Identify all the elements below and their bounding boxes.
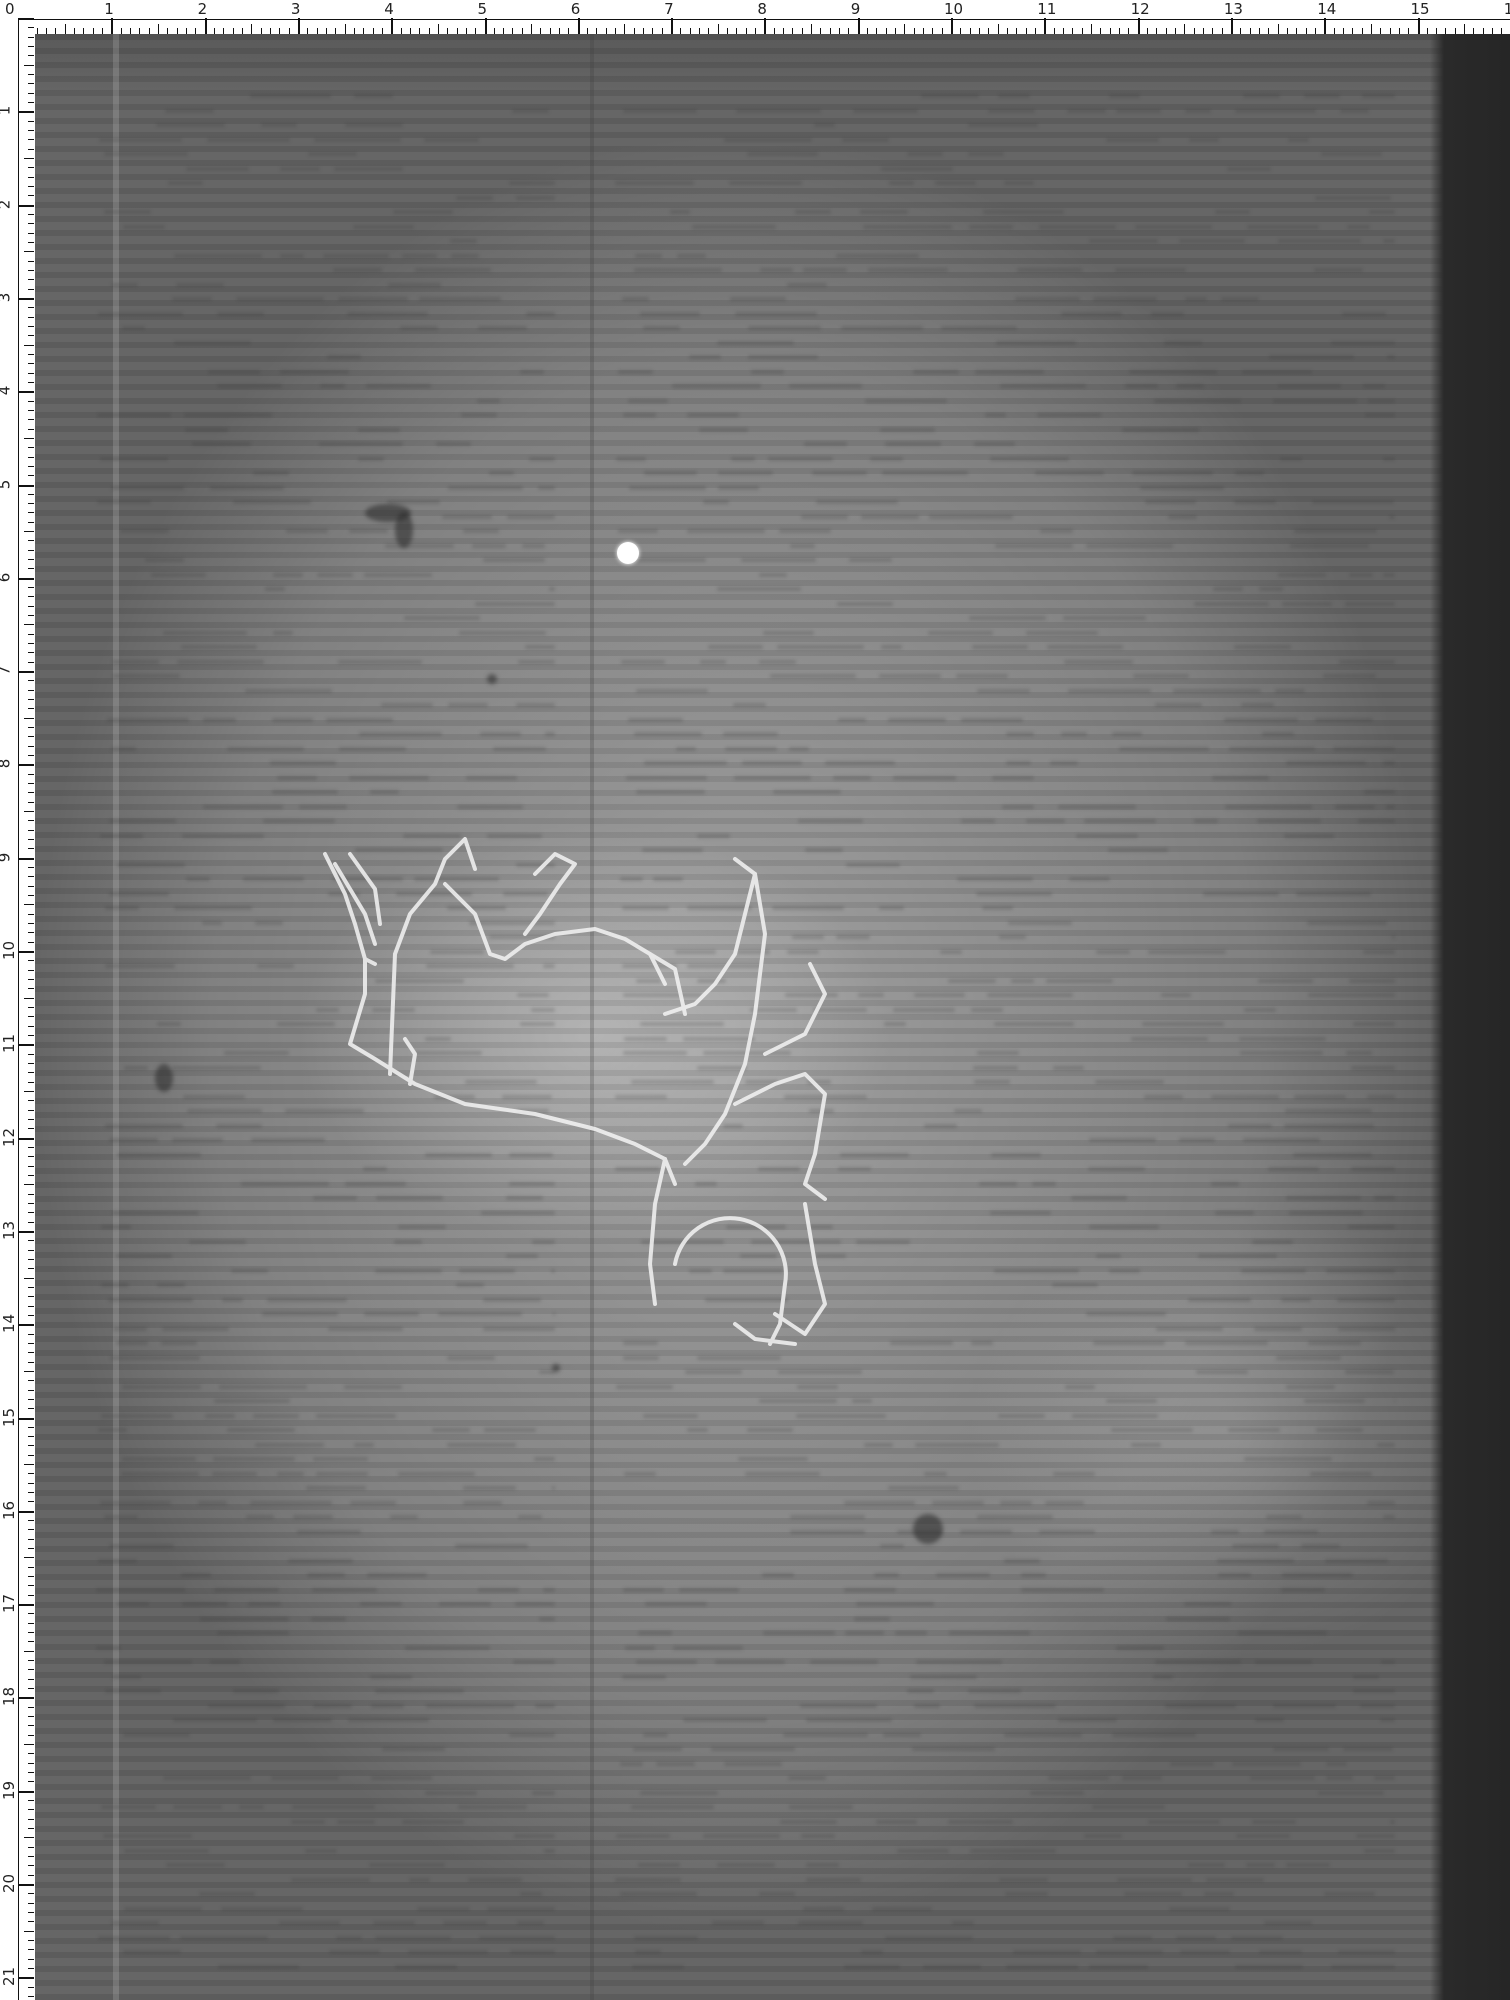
ruler-tick <box>28 1427 34 1428</box>
ruler-tick <box>28 335 34 336</box>
ruler-tick <box>28 820 34 821</box>
ruler-tick <box>24 998 34 999</box>
ruler-tick <box>28 634 34 635</box>
ruler-tick <box>1044 18 1046 34</box>
ruler-tick <box>1324 18 1326 34</box>
ruler-tick <box>28 503 34 504</box>
ruler-tick <box>28 457 34 458</box>
ruler-tick <box>28 1194 34 1195</box>
ruler-tick <box>28 1912 34 1913</box>
ruler-tick <box>998 24 999 34</box>
ruler-tick <box>28 1222 34 1223</box>
ruler-tick <box>28 1959 34 1960</box>
ruler-tick <box>24 531 34 532</box>
ruler-tick <box>28 27 34 28</box>
ruler-tick <box>1231 18 1233 34</box>
ruler-tick <box>28 867 34 868</box>
ruler-tick <box>28 1679 34 1680</box>
ruler-tick <box>28 1026 34 1027</box>
ruler-tick <box>28 1548 34 1549</box>
faint-white-line-drawing <box>35 34 1510 2000</box>
ruler-tick <box>28 690 34 691</box>
ruler-tick <box>28 83 34 84</box>
ruler-tick <box>1371 24 1372 34</box>
ruler-tick <box>904 24 905 34</box>
ruler-tick <box>28 876 34 877</box>
manuscript-scan <box>35 34 1510 2000</box>
vertical-ruler: 123456789101112131415161718192021 <box>0 18 34 2000</box>
ruler-tick <box>28 1315 34 1316</box>
ruler-tick <box>28 1949 34 1950</box>
ruler-tick <box>28 317 34 318</box>
ruler-label: 13 <box>1224 2 1243 17</box>
ruler-tick <box>28 74 34 75</box>
ruler-tick <box>28 1352 34 1353</box>
ruler-tick <box>24 1651 34 1652</box>
ruler-tick <box>18 485 34 487</box>
ruler-tick <box>28 886 34 887</box>
ruler-tick <box>28 1669 34 1670</box>
ruler-tick <box>18 1138 34 1140</box>
ruler-tick <box>28 1408 34 1409</box>
ruler-tick <box>28 1632 34 1633</box>
ruler-tick <box>28 662 34 663</box>
ruler-tick <box>28 1688 34 1689</box>
ruler-label: 4 <box>0 386 12 396</box>
ruler-tick <box>28 1940 34 1941</box>
ruler-tick <box>28 1595 34 1596</box>
ruler-tick <box>951 18 953 34</box>
ruler-tick <box>28 1082 34 1083</box>
ruler-tick <box>28 1166 34 1167</box>
ruler-tick <box>28 1567 34 1568</box>
ruler-tick <box>671 18 673 34</box>
ruler-tick <box>1138 18 1140 34</box>
ruler-label: 8 <box>0 759 12 769</box>
ruler-tick <box>65 24 66 34</box>
ruler-tick <box>18 951 34 953</box>
ruler-tick <box>28 1725 34 1726</box>
ruler-label: 14 <box>1317 2 1336 17</box>
ruler-tick <box>18 111 34 113</box>
ruler-tick <box>24 1744 34 1745</box>
ruler-tick <box>28 914 34 915</box>
ruler-tick <box>24 65 34 66</box>
ruler-tick <box>18 18 34 20</box>
ruler-baseline <box>18 18 19 2000</box>
ruler-tick <box>28 1455 34 1456</box>
ruler-label: 7 <box>0 666 12 676</box>
ruler-tick <box>28 195 34 196</box>
ruler-tick <box>28 401 34 402</box>
ruler-tick <box>28 1623 34 1624</box>
ruler-tick <box>18 391 34 393</box>
ruler-tick <box>24 718 34 719</box>
ruler-tick <box>28 37 34 38</box>
ruler-tick <box>24 1931 34 1932</box>
ruler-label: 16 <box>2 1501 17 1520</box>
ruler-tick <box>28 373 34 374</box>
ruler-tick <box>28 587 34 588</box>
ruler-tick <box>28 93 34 94</box>
ruler-label: 20 <box>2 1874 17 1893</box>
ruler-tick <box>28 1128 34 1129</box>
ruler-tick <box>28 1035 34 1036</box>
ruler-tick <box>28 1735 34 1736</box>
ruler-tick <box>28 559 34 560</box>
ruler-tick <box>28 1501 34 1502</box>
ruler-tick <box>28 1240 34 1241</box>
ruler-tick <box>1418 18 1420 34</box>
ruler-tick <box>28 988 34 989</box>
ruler-tick <box>28 382 34 383</box>
ruler-tick <box>18 1884 34 1886</box>
dark-scan-border <box>1430 34 1510 2000</box>
ruler-tick <box>28 1856 34 1857</box>
ruler-tick <box>28 1007 34 1008</box>
ruler-tick <box>1091 24 1092 34</box>
ruler-tick <box>28 1520 34 1521</box>
ruler-tick <box>24 251 34 252</box>
ruler-tick <box>28 1399 34 1400</box>
ruler-tick <box>28 680 34 681</box>
ruler-tick <box>28 46 34 47</box>
ruler-tick <box>24 1091 34 1092</box>
ruler-tick <box>24 158 34 159</box>
ruler-tick <box>28 1483 34 1484</box>
ruler-tick <box>28 699 34 700</box>
ruler-tick <box>28 1847 34 1848</box>
ruler-tick <box>28 279 34 280</box>
ruler-tick <box>28 1016 34 1017</box>
ruler-tick <box>28 1772 34 1773</box>
ruler-tick <box>28 475 34 476</box>
ruler-tick <box>28 289 34 290</box>
ruler-tick <box>28 606 34 607</box>
ruler-tick <box>24 1464 34 1465</box>
ruler-tick <box>28 774 34 775</box>
ruler-tick <box>28 596 34 597</box>
ruler-tick <box>28 1156 34 1157</box>
ruler-tick <box>28 466 34 467</box>
ruler-tick <box>28 186 34 187</box>
ruler-label: 1 <box>104 2 114 17</box>
ruler-tick <box>438 24 439 34</box>
ruler-tick <box>18 578 34 580</box>
ruler-tick <box>28 550 34 551</box>
ruler-tick <box>28 1147 34 1148</box>
ruler-tick <box>28 1585 34 1586</box>
ruler-tick <box>28 1380 34 1381</box>
ruler-tick <box>24 345 34 346</box>
ruler-tick <box>28 848 34 849</box>
ruler-tick <box>28 419 34 420</box>
ruler-tick <box>28 177 34 178</box>
ruler-tick <box>28 307 34 308</box>
ruler-tick <box>28 270 34 271</box>
ruler-tick <box>18 1418 34 1420</box>
ruler-tick <box>158 24 159 34</box>
ruler-tick <box>391 18 393 34</box>
ruler-label: 1 <box>0 106 12 116</box>
ruler-label: 15 <box>1411 2 1430 17</box>
ruler-tick <box>28 643 34 644</box>
ruler-tick <box>18 1604 34 1606</box>
ruler-tick <box>28 410 34 411</box>
ruler-tick <box>28 102 34 103</box>
ruler-tick <box>24 1184 34 1185</box>
ruler-tick <box>28 895 34 896</box>
ruler-label: 2 <box>198 2 208 17</box>
ruler-tick <box>28 1343 34 1344</box>
ruler-label: 12 <box>2 1128 17 1147</box>
ruler-label: 2 <box>0 199 12 209</box>
ruler-label: 0 <box>5 2 15 17</box>
ruler-tick <box>28 130 34 131</box>
ruler-label: 5 <box>478 2 488 17</box>
ruler-tick <box>18 1231 34 1233</box>
ruler-tick <box>28 139 34 140</box>
ruler-label: 8 <box>757 2 767 17</box>
ruler-tick <box>28 1865 34 1866</box>
ruler-tick <box>28 1996 34 1997</box>
ruler-label: 9 <box>851 2 861 17</box>
ruler-tick <box>28 960 34 961</box>
ruler-tick <box>298 18 300 34</box>
ruler-label: 6 <box>571 2 581 17</box>
ruler-tick <box>28 214 34 215</box>
ruler-tick <box>28 708 34 709</box>
ruler-tick <box>28 494 34 495</box>
ruler-label: 15 <box>2 1407 17 1426</box>
ruler-tick <box>28 1875 34 1876</box>
ruler-tick <box>28 1362 34 1363</box>
ruler-tick <box>28 1539 34 1540</box>
ruler-tick <box>28 447 34 448</box>
ruler-tick <box>28 522 34 523</box>
ruler-tick <box>18 1044 34 1046</box>
ruler-tick <box>24 904 34 905</box>
ruler-label: 4 <box>384 2 394 17</box>
ruler-label: 3 <box>291 2 301 17</box>
ruler-tick <box>28 652 34 653</box>
ruler-baseline <box>18 19 1510 20</box>
ruler-tick <box>28 363 34 364</box>
ruler-tick <box>28 1716 34 1717</box>
ruler-tick <box>28 783 34 784</box>
ruler-label: 6 <box>0 573 12 583</box>
ruler-tick <box>28 568 34 569</box>
ruler-tick <box>28 1707 34 1708</box>
ruler-tick <box>28 242 34 243</box>
ruler-tick <box>28 979 34 980</box>
ruler-tick <box>345 24 346 34</box>
ruler-tick <box>111 18 113 34</box>
ruler-tick <box>28 121 34 122</box>
ruler-label: 10 <box>2 941 17 960</box>
ruler-tick <box>28 1100 34 1101</box>
ruler-tick <box>24 1837 34 1838</box>
ruler-label: 14 <box>2 1314 17 1333</box>
ruler-label: 17 <box>2 1594 17 1613</box>
ruler-tick <box>28 1492 34 1493</box>
ruler-tick <box>18 671 34 673</box>
ruler-tick <box>485 18 487 34</box>
ruler-tick <box>28 1819 34 1820</box>
ruler-label: 9 <box>0 852 12 862</box>
ruler-tick <box>28 1987 34 1988</box>
ruler-tick <box>28 1110 34 1111</box>
ruler-label: 11 <box>1037 2 1056 17</box>
ruler-label: 3 <box>0 293 12 303</box>
ruler-tick <box>811 24 812 34</box>
ruler-tick <box>28 942 34 943</box>
ruler-tick <box>28 1763 34 1764</box>
ruler-tick <box>28 1473 34 1474</box>
ruler-tick <box>28 1660 34 1661</box>
ruler-tick <box>28 932 34 933</box>
ruler-tick <box>18 1511 34 1513</box>
ruler-tick <box>764 18 766 34</box>
ruler-tick <box>28 1119 34 1120</box>
horizontal-ruler: 01234567891011121314151 <box>18 0 1510 34</box>
ruler-tick <box>18 298 34 300</box>
ruler-tick <box>28 755 34 756</box>
ruler-label: 13 <box>2 1221 17 1240</box>
ruler-tick <box>28 839 34 840</box>
ruler-tick <box>28 540 34 541</box>
ruler-label: 1 <box>1504 2 1510 17</box>
ruler-tick <box>28 1250 34 1251</box>
ruler-tick <box>28 1212 34 1213</box>
ruler-tick <box>28 512 34 513</box>
ruler-tick <box>28 1641 34 1642</box>
ruler-tick <box>28 802 34 803</box>
ruler-tick <box>28 830 34 831</box>
ruler-tick <box>28 1054 34 1055</box>
ruler-tick <box>28 326 34 327</box>
ruler-tick <box>28 1072 34 1073</box>
ruler-tick <box>28 1613 34 1614</box>
ruler-tick <box>28 1390 34 1391</box>
ruler-tick <box>28 970 34 971</box>
ruler-tick <box>624 24 625 34</box>
ruler-tick <box>28 746 34 747</box>
ruler-tick <box>28 615 34 616</box>
ruler-tick <box>24 1278 34 1279</box>
ruler-tick <box>28 1576 34 1577</box>
ruler-label: 11 <box>2 1034 17 1053</box>
ruler-tick <box>18 1324 34 1326</box>
ruler-tick <box>28 167 34 168</box>
ruler-tick <box>28 1903 34 1904</box>
ruler-tick <box>18 764 34 766</box>
ruler-tick <box>1464 24 1465 34</box>
ruler-tick <box>28 429 34 430</box>
ruler-tick <box>28 736 34 737</box>
ruler-tick <box>28 1436 34 1437</box>
ruler-tick <box>18 1791 34 1793</box>
ruler-tick <box>28 1445 34 1446</box>
ruler-tick <box>28 149 34 150</box>
ruler-tick <box>28 1063 34 1064</box>
ruler-tick <box>28 1781 34 1782</box>
ruler-tick <box>28 261 34 262</box>
ruler-tick <box>28 792 34 793</box>
ruler-tick <box>24 811 34 812</box>
ruler-label: 10 <box>944 2 963 17</box>
ruler-tick <box>28 223 34 224</box>
ruler-tick <box>24 624 34 625</box>
ruler-tick <box>28 233 34 234</box>
ruler-tick <box>1278 24 1279 34</box>
ruler-tick <box>251 24 252 34</box>
ruler-tick <box>28 1529 34 1530</box>
ruler-tick <box>24 1557 34 1558</box>
ruler-tick <box>28 1287 34 1288</box>
ruler-tick <box>578 18 580 34</box>
ruler-tick <box>28 1921 34 1922</box>
ruler-tick <box>18 858 34 860</box>
ruler-tick <box>28 1259 34 1260</box>
ruler-tick <box>28 1296 34 1297</box>
ruler-tick <box>28 727 34 728</box>
ruler-tick <box>1184 24 1185 34</box>
ruler-tick <box>205 18 207 34</box>
ruler-tick <box>28 1893 34 1894</box>
ruler-tick <box>858 18 860 34</box>
ruler-tick <box>28 1334 34 1335</box>
ruler-label: 7 <box>664 2 674 17</box>
ruler-tick <box>28 1203 34 1204</box>
ruler-tick <box>28 1306 34 1307</box>
ruler-tick <box>28 923 34 924</box>
ruler-tick <box>28 55 34 56</box>
ruler-tick <box>18 205 34 207</box>
ruler-tick <box>28 1175 34 1176</box>
ruler-tick <box>718 24 719 34</box>
ruler-label: 5 <box>0 479 12 489</box>
ruler-tick <box>28 1753 34 1754</box>
ruler-tick <box>18 1697 34 1699</box>
ruler-label: 12 <box>1131 2 1150 17</box>
ruler-tick <box>28 354 34 355</box>
ruler-tick <box>24 438 34 439</box>
ruler-tick <box>24 1371 34 1372</box>
ruler-tick <box>28 1268 34 1269</box>
ruler-label: 18 <box>2 1687 17 1706</box>
ruler-tick <box>28 1828 34 1829</box>
ruler-tick <box>28 1809 34 1810</box>
ruler-label: 21 <box>2 1967 17 1986</box>
ruler-tick <box>28 1800 34 1801</box>
ruler-tick <box>531 24 532 34</box>
ruler-tick <box>18 1977 34 1979</box>
ruler-tick <box>28 1968 34 1969</box>
ruler-label: 19 <box>2 1781 17 1800</box>
